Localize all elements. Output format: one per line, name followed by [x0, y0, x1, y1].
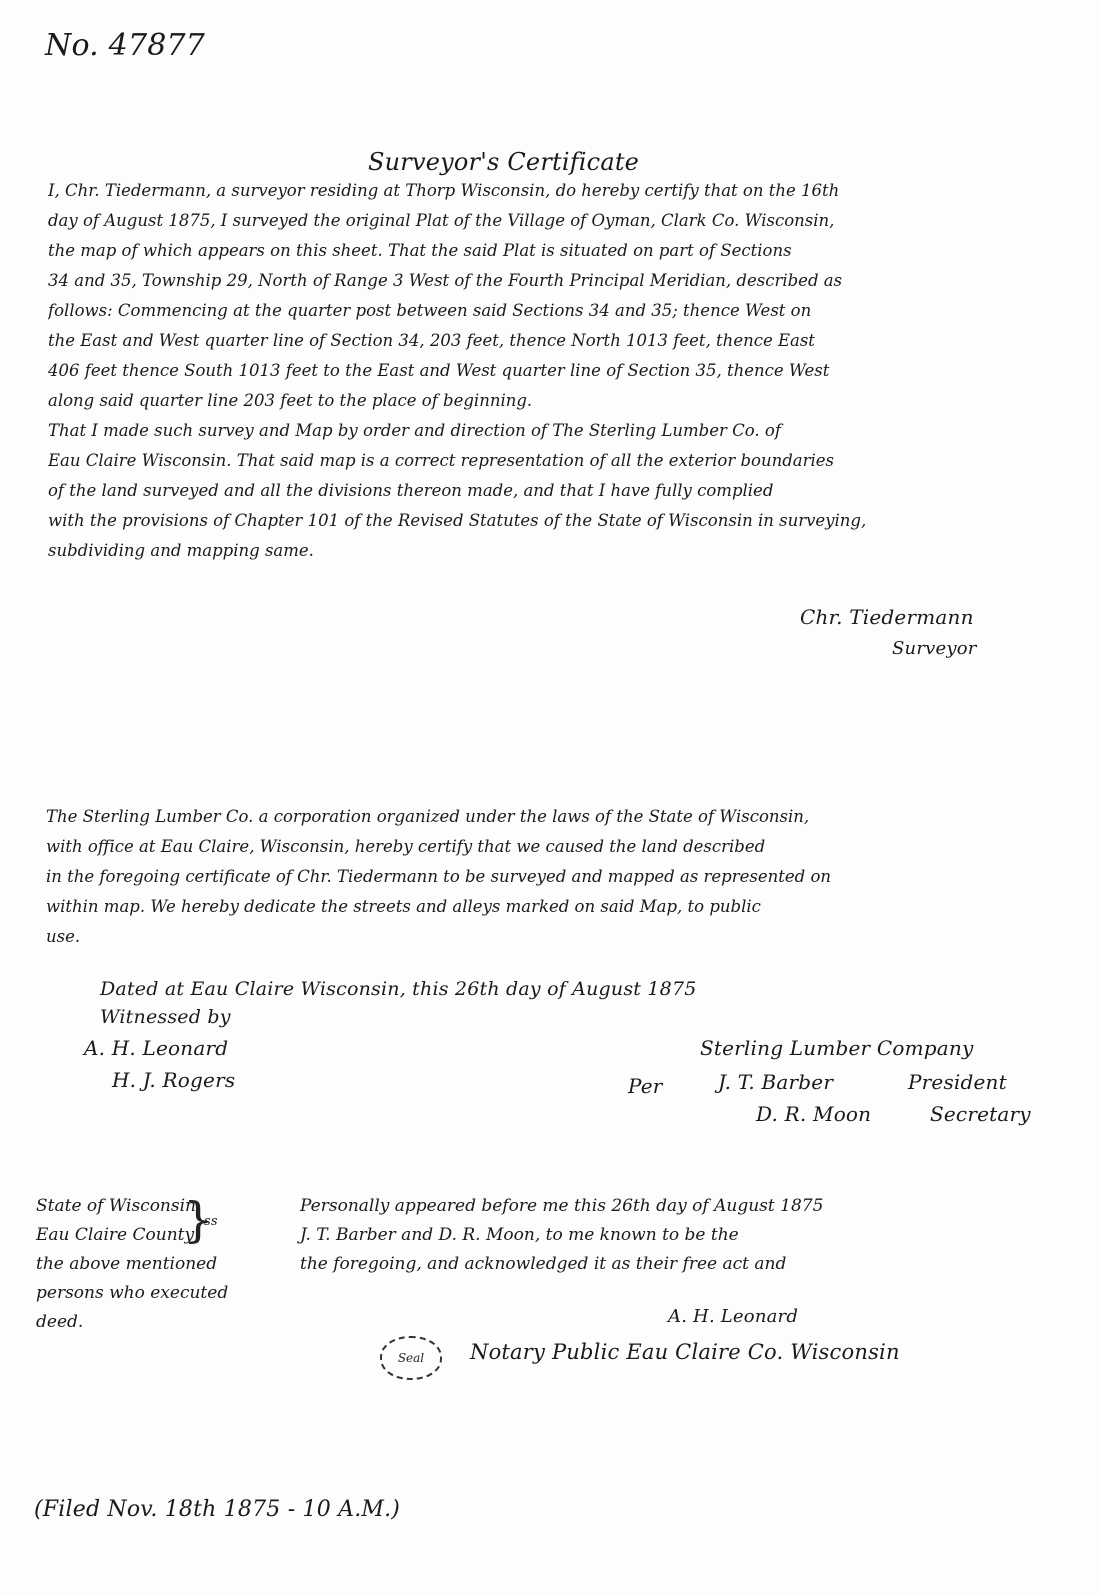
text-line: subdividing and mapping same. [48, 536, 1058, 566]
text-line: the map of which appears on this sheet. … [48, 236, 1058, 266]
acknowledgment-venue: State of Wisconsin Eau Claire County the… [36, 1192, 301, 1337]
text-line: within map. We hereby dedicate the stree… [46, 892, 1056, 922]
acknowledgment-body: Personally appeared before me this 26th … [300, 1192, 1060, 1279]
notary-seal-icon: Seal [380, 1336, 442, 1380]
text-line: of the land surveyed and all the divisio… [48, 476, 1058, 506]
venue-line: Eau Claire County [36, 1221, 301, 1250]
text-line: follows: Commencing at the quarter post … [48, 296, 1058, 326]
surveyor-title: Surveyor [892, 638, 977, 659]
text-line: use. [46, 922, 1056, 952]
text-line: J. T. Barber and D. R. Moon, to me known… [300, 1221, 1060, 1250]
surveyor-certificate-title: Surveyor's Certificate [368, 148, 639, 176]
surveyor-signature: Chr. Tiedermann [800, 605, 974, 629]
president-title: President [908, 1070, 1007, 1094]
ss-label: ss [204, 1214, 218, 1229]
filed-note: (Filed Nov. 18th 1875 - 10 A.M.) [34, 1497, 400, 1522]
venue-line: the above mentioned [36, 1250, 301, 1279]
per-label: Per [628, 1074, 663, 1098]
text-line: Eau Claire Wisconsin. That said map is a… [48, 446, 1058, 476]
text-line: I, Chr. Tiedermann, a surveyor residing … [48, 176, 1058, 206]
text-line: The Sterling Lumber Co. a corporation or… [46, 802, 1056, 832]
dated-line: Dated at Eau Claire Wisconsin, this 26th… [100, 978, 697, 1000]
company-certificate-body: The Sterling Lumber Co. a corporation or… [46, 802, 1056, 952]
secretary-signature: D. R. Moon [756, 1102, 871, 1126]
text-line: the foregoing, and acknowledged it as th… [300, 1250, 1060, 1279]
document-number: No. 47877 [45, 28, 205, 63]
text-line: with office at Eau Claire, Wisconsin, he… [46, 832, 1056, 862]
text-line: 406 feet thence South 1013 feet to the E… [48, 356, 1058, 386]
text-line: along said quarter line 203 feet to the … [48, 386, 1058, 416]
text-line: 34 and 35, Township 29, North of Range 3… [48, 266, 1058, 296]
notary-signature: A. H. Leonard [668, 1306, 798, 1327]
text-line: Personally appeared before me this 26th … [300, 1192, 1060, 1221]
seal-label: Seal [398, 1351, 424, 1365]
witness-signature: H. J. Rogers [112, 1068, 235, 1092]
company-name: Sterling Lumber Company [700, 1036, 973, 1060]
text-line: day of August 1875, I surveyed the origi… [48, 206, 1058, 236]
witnessed-label: Witnessed by [100, 1006, 231, 1028]
text-line: in the foregoing certificate of Chr. Tie… [46, 862, 1056, 892]
venue-line: persons who executed [36, 1279, 301, 1308]
witness-signature: A. H. Leonard [84, 1036, 228, 1060]
venue-line: deed. [36, 1308, 301, 1337]
notary-title: Notary Public Eau Claire Co. Wisconsin [470, 1340, 900, 1364]
secretary-title: Secretary [930, 1102, 1031, 1126]
venue-line: State of Wisconsin [36, 1192, 301, 1221]
text-line: with the provisions of Chapter 101 of th… [48, 506, 1058, 536]
president-signature: J. T. Barber [718, 1070, 833, 1094]
text-line: the East and West quarter line of Sectio… [48, 326, 1058, 356]
text-line: That I made such survey and Map by order… [48, 416, 1058, 446]
surveyor-certificate-body: I, Chr. Tiedermann, a surveyor residing … [48, 176, 1058, 566]
document-page: No. 47877 Surveyor's Certificate I, Chr.… [0, 0, 1100, 1595]
